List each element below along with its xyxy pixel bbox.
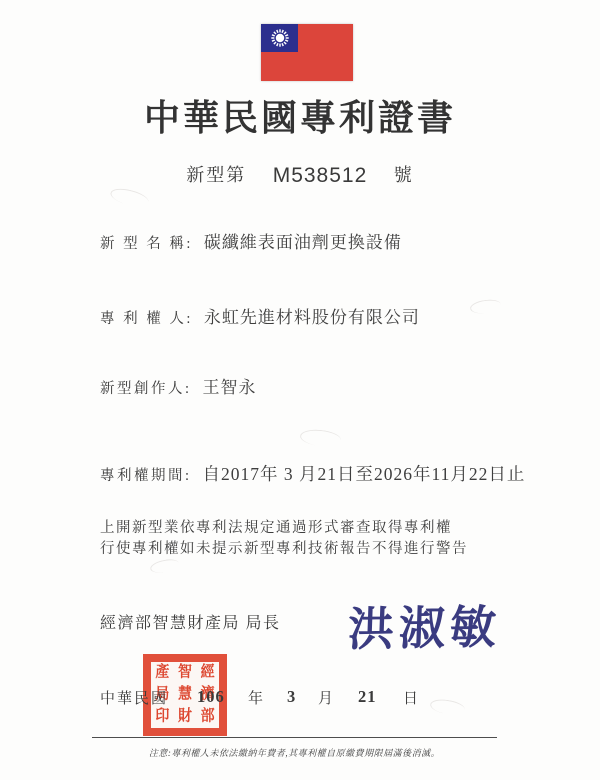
scan-artifact bbox=[469, 298, 502, 315]
issuer-title: 經濟部智慧財產局 局長 bbox=[100, 610, 281, 633]
legal-note-line: 上開新型業依專利法規定通過形式審查取得專利權 bbox=[100, 518, 468, 539]
white-sun-icon bbox=[269, 27, 291, 49]
seal-char: 產 bbox=[151, 661, 174, 685]
scan-artifact bbox=[429, 697, 466, 716]
field-creator: 新型創作人: 王智永 bbox=[100, 373, 257, 398]
seal-char: 智 bbox=[174, 661, 197, 685]
seal-char: 慧 bbox=[174, 683, 197, 707]
field-label: 新型創作人: bbox=[100, 381, 192, 397]
field-model-name: 新 型 名 稱: 碳纖維表面油劑更換設備 bbox=[100, 228, 402, 253]
field-value: 王智永 bbox=[203, 378, 257, 397]
cert-number-prefix: 新型第 bbox=[186, 165, 246, 185]
date-year: 106 bbox=[197, 687, 225, 707]
seal-char: 部 bbox=[196, 705, 219, 729]
date-era: 中華民國 bbox=[100, 687, 168, 708]
field-label: 專 利 權 人: bbox=[100, 311, 193, 327]
seal-char: 財 bbox=[174, 705, 197, 729]
seal-char: 經 bbox=[196, 661, 219, 685]
footnote-text: 注意:專利權人未依法繳納年費者,其專利權自原繳費期限屆滿後消滅。 bbox=[92, 746, 497, 759]
legal-notes: 上開新型業依專利法規定通過形式審查取得專利權 行使專利權如未提示新型專利技術報告… bbox=[100, 518, 468, 560]
field-patentee: 專 利 權 人: 永虹先進材料股份有限公司 bbox=[100, 303, 420, 328]
date-month: 3 bbox=[287, 687, 297, 707]
date-month-label: 月 bbox=[318, 687, 335, 708]
certificate-title: 中華民國專利證書 bbox=[0, 90, 600, 141]
scan-artifact bbox=[109, 186, 150, 210]
date-day-label: 日 bbox=[403, 687, 420, 708]
scan-artifact bbox=[299, 428, 341, 448]
field-value: 自2017年 3 月21日至2026年11月22日止 bbox=[203, 464, 526, 484]
field-value: 永虹先進材料股份有限公司 bbox=[204, 308, 420, 327]
field-patent-term: 專利權期間: 自2017年 3 月21日至2026年11月22日止 bbox=[100, 461, 525, 486]
footer-divider bbox=[92, 737, 497, 738]
date-day: 21 bbox=[358, 687, 377, 707]
cert-number-suffix: 號 bbox=[394, 165, 414, 185]
director-signature: 洪淑敏 bbox=[347, 591, 502, 660]
field-value: 碳纖維表面油劑更換設備 bbox=[204, 233, 402, 252]
date-year-label: 年 bbox=[248, 687, 265, 708]
patent-certificate-page: 中華民國專利證書 新型第 M538512 號 新 型 名 稱: 碳纖維表面油劑更… bbox=[0, 0, 600, 780]
seal-char: 印 bbox=[151, 705, 174, 729]
field-label: 專利權期間: bbox=[100, 468, 192, 484]
field-label: 新 型 名 稱: bbox=[100, 236, 193, 252]
certificate-number-line: 新型第 M538512 號 bbox=[0, 161, 600, 188]
cert-number-value: M538512 bbox=[273, 164, 368, 187]
legal-note-line: 行使專利權如未提示新型專利技術報告不得進行警告 bbox=[100, 539, 468, 560]
flag-canton bbox=[261, 24, 298, 52]
taiwan-flag bbox=[261, 24, 353, 81]
